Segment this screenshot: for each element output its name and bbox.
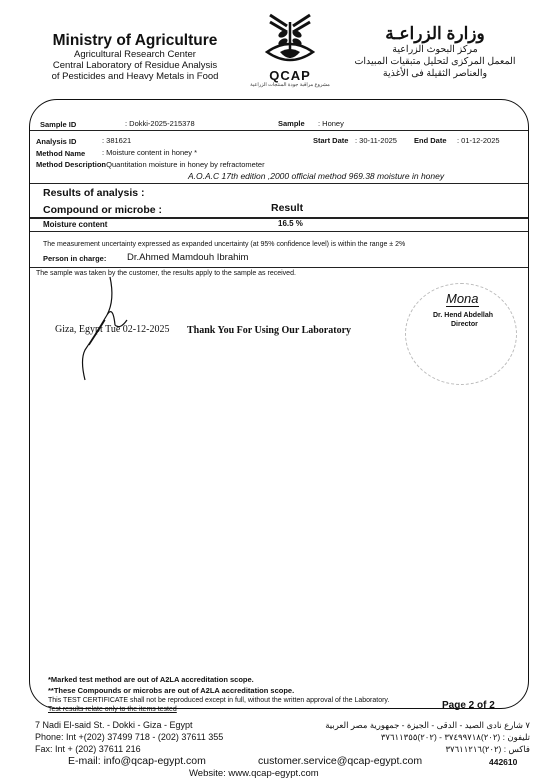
ministry-title: Ministry of Agriculture [20, 32, 250, 49]
document-number: 442610 [489, 757, 517, 767]
email-customer-service[interactable]: customer.service@qcap-egypt.com [258, 755, 422, 767]
divider [30, 267, 528, 268]
uncertainty-note: The measurement uncertainty expressed as… [43, 241, 405, 248]
ministry-line-1-ar: مركز البحوث الزراعية [330, 44, 540, 56]
results-heading: Results of analysis : [43, 187, 145, 199]
fax-ar: فاكس : (٢٠٢)٣٧٦١١٢١٦ [270, 743, 530, 755]
wheat-eye-logo-icon [265, 12, 315, 70]
website[interactable]: Website: www.qcap-egypt.com [189, 768, 319, 779]
ministry-line-2: Central Laboratory of Residue Analysis [20, 60, 250, 71]
address-ar: ٧ شارع نادى الصيد - الدقى - الجيزة - جمه… [270, 719, 530, 731]
fax-en: Fax: Int + (202) 37611 216 [35, 743, 223, 755]
address-en: 7 Nadi El-said St. - Dokki - Giza - Egyp… [35, 719, 223, 731]
method-name-label: Method Name [36, 149, 85, 158]
divider [30, 231, 528, 232]
ministry-line-1: Agricultural Research Center [20, 49, 250, 60]
header-arabic: وزارة الزراعـة مركز البحوث الزراعية المع… [330, 24, 540, 80]
thank-you-note: Thank You For Using Our Laboratory [187, 325, 351, 336]
logo-subtitle: مشروع مراقبة جودة المنتجات الزراعية [250, 82, 330, 89]
method-name-value: : Moisture content in honey * [102, 148, 197, 157]
footnote-4: Test results relate only to the items te… [48, 706, 177, 713]
phone-en: Phone: Int +(202) 37499 718 - (202) 3761… [35, 731, 223, 743]
page-number: Page 2 of 2 [442, 700, 495, 711]
compound-column-header: Compound or microbe : [43, 204, 162, 216]
sample-id-value: : Dokki-2025-215378 [125, 119, 195, 128]
footnote-1: *Marked test method are out of A2LA accr… [48, 675, 254, 684]
start-date-label: Start Date [313, 136, 348, 145]
start-date-value: : 30-11-2025 [355, 136, 397, 145]
sample-id-label: Sample ID [40, 120, 76, 129]
divider [30, 130, 528, 131]
ministry-line-3-ar: والعناصر الثقيلة فى الأغذية [330, 68, 540, 80]
end-date-value: : 01-12-2025 [457, 136, 500, 145]
phone-ar: تليفون : (٢٠٢)٣٧٤٩٩٧١٨ - (٢٠٢)٣٧٦١١٣٥٥ [270, 731, 530, 743]
method-reference: A.O.A.C 17th edition ,2000 official meth… [188, 171, 444, 181]
footnote-3: This TEST CERTIFICATE shall not be repro… [48, 697, 389, 704]
person-in-charge-value: Dr.Ahmed Mamdouh Ibrahim [127, 252, 248, 263]
sample-label: Sample [278, 119, 305, 128]
person-in-charge-label: Person in charge: [43, 254, 106, 263]
director-name: Dr. Hend Abdellah [433, 312, 493, 319]
method-description-label: Method Description [36, 160, 106, 169]
ministry-line-2-ar: المعمل المركزى لتحليل متبقيات المبيدات [330, 56, 540, 68]
place-date: Giza, Egypt Tue 02-12-2025 [55, 324, 169, 335]
header-english: Ministry of Agriculture Agricultural Res… [20, 32, 250, 82]
method-description-value: : Quantitation moisture in honey by refr… [102, 160, 265, 169]
logo-brand: QCAP [250, 70, 330, 82]
result-row-compound: Moisture content [43, 220, 107, 229]
footer-arabic: ٧ شارع نادى الصيد - الدقى - الجيزة - جمه… [270, 719, 530, 755]
sample-value: : Honey [318, 119, 344, 128]
divider [30, 183, 528, 184]
director-signature: Mona [446, 292, 479, 307]
footer-english: 7 Nadi El-said St. - Dokki - Giza - Egyp… [35, 719, 223, 755]
result-row-value: 16.5 % [278, 219, 303, 228]
end-date-label: End Date [414, 136, 447, 145]
qcap-logo: QCAP مشروع مراقبة جودة المنتجات الزراعية [250, 12, 330, 94]
director-title: Director [451, 321, 478, 328]
ministry-line-3: of Pesticides and Heavy Metals in Food [20, 71, 250, 82]
email-info[interactable]: E-mail: info@qcap-egypt.com [68, 755, 206, 767]
footnote-2: **These Compounds or microbs are out of … [48, 686, 294, 695]
ministry-title-ar: وزارة الزراعـة [330, 24, 540, 44]
result-column-header: Result [271, 202, 303, 214]
analysis-id-label: Analysis ID [36, 137, 76, 146]
analysis-id-value: : 381621 [102, 136, 131, 145]
